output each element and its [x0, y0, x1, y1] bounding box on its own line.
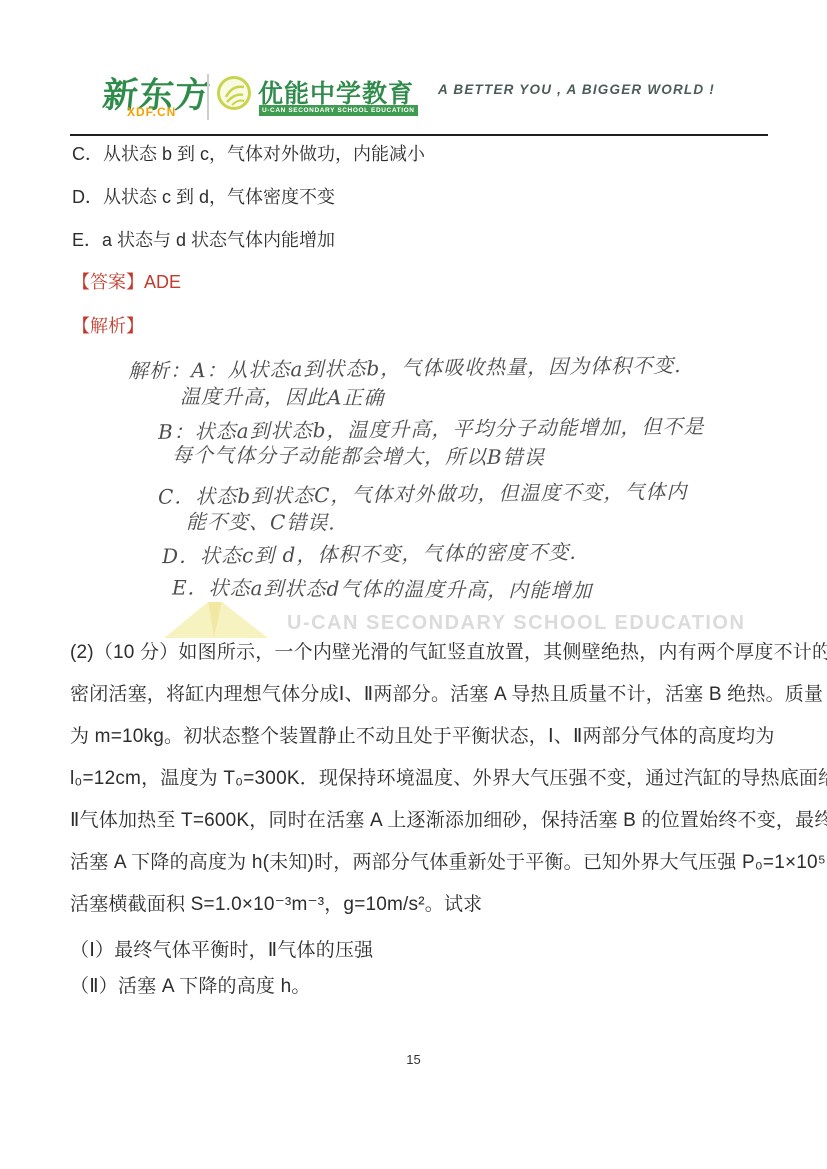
problem-question-1: （Ⅰ）最终气体平衡时，Ⅱ气体的压强 [70, 935, 373, 962]
watermark-text: U-CAN SECONDARY SCHOOL EDUCATION [287, 612, 745, 635]
handwriting-line: D．状态c到 d，体积不变，气体的密度不变. [162, 536, 577, 569]
analysis-label: 【解析】 [72, 312, 144, 338]
handwriting-line: C．状态b到状态C，气体对外做功，但温度不变，气体内 [158, 475, 688, 510]
problem-line: (2)（10 分）如图所示，一个内壁光滑的气缸竖直放置，其侧壁绝热，内有两个厚度… [70, 637, 827, 664]
option-e: E．a 状态与 d 状态气体内能增加 [72, 226, 335, 252]
handwriting-line: 解析：A：从状态a到状态b，气体吸收热量，因为体积不变. [128, 349, 682, 384]
answer-label: 【答案】 [72, 272, 144, 292]
header-tagline: A BETTER YOU , A BIGGER WORLD ! [438, 82, 715, 97]
option-d: D．从状态 c 到 d，气体密度不变 [72, 183, 335, 209]
problem-line: l₀=12cm，温度为 T₀=300K．现保持环境温度、外界大气压强不变，通过汽… [70, 763, 827, 790]
option-c: C．从状态 b 到 c，气体对外做功，内能减小 [72, 140, 425, 166]
problem-line: 活塞 A 下降的高度为 h(未知)时，两部分气体重新处于平衡。已知外界大气压强 … [70, 847, 827, 874]
ucan-logo-subtitle: U-CAN SECONDARY SCHOOL EDUCATION [259, 105, 418, 116]
answer-line: 【答案】ADE [72, 268, 181, 294]
answer-value: ADE [144, 272, 181, 292]
problem-line: 活塞横截面积 S=1.0×10⁻³m⁻³，g=10m/s²。试求 [70, 889, 482, 916]
handwriting-line: 能不变、C错误. [186, 505, 336, 535]
xdf-logo-url: XDF.CN [127, 105, 176, 119]
problem-line: 密闭活塞，将缸内理想气体分成Ⅰ、Ⅱ两部分。活塞 A 导热且质量不计，活塞 B 绝… [70, 679, 823, 706]
problem-line: 为 m=10kg。初状态整个装置静止不动且处于平衡状态，Ⅰ、Ⅱ两部分气体的高度均… [70, 721, 775, 748]
handwriting-line: 每个气体分子动能都会增大，所以B错误 [172, 439, 545, 471]
handwriting-line: 温度升高，因此A正确 [180, 380, 385, 410]
ucan-logo-icon [217, 76, 251, 110]
header-divider-rule [70, 134, 768, 136]
problem-question-2: （Ⅱ）活塞 A 下降的高度 h。 [70, 971, 311, 998]
leaf-pattern-icon [222, 81, 248, 107]
page-number: 15 [0, 1052, 827, 1067]
document-page: 新东方 XDF.CN 优能中学教育 U-CAN SECONDARY SCHOOL… [0, 0, 827, 1169]
problem-line: Ⅱ气体加热至 T=600K，同时在活塞 A 上逐渐添加细砂，保持活塞 B 的位置… [70, 805, 827, 832]
logo-divider [207, 74, 209, 120]
